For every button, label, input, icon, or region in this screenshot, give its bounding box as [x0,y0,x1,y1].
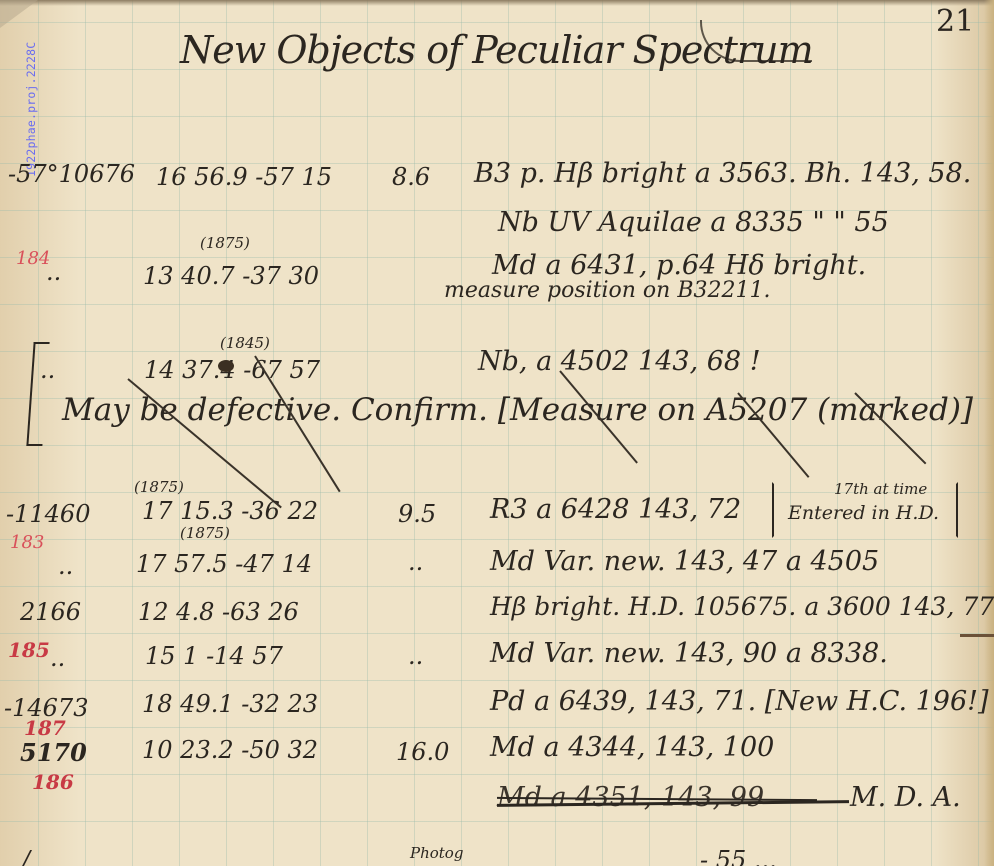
entry-remarks: B3 p. Hβ bright a 3563. Bh. 143, 58. [474,158,971,189]
entry-designation: .. [46,258,61,286]
entry-position: 18 49.1 -32 23 [142,690,318,718]
footer-fragment: - 55 ... [700,846,777,866]
entry-remarks: Hβ bright. H.D. 105675. a 3600 143, 77 [490,592,994,621]
ink-blot [218,360,234,372]
entry-designation: 2166 [20,598,81,626]
entry-remarks: M. D. A. [850,782,961,813]
footer-fragment: / [22,846,30,866]
margin-red-number: 187 [24,716,66,740]
edge-mark [960,634,994,637]
logbook-page: 1922phae.proj.2228C 21 New Objects of Pe… [0,0,994,866]
entry-remarks-line2: May be defective. Confirm. [Measure on A… [62,392,973,428]
entry-epoch: (1875) [134,478,184,496]
entry-designation: .. [58,552,73,580]
page-edge [984,0,994,866]
entry-magnitude: 8.6 [392,163,430,191]
margin-red-number: 183 [10,532,44,553]
entry-epoch: (1875) [180,524,230,542]
entry-remarks-line2: measure position on B32211. [444,278,770,303]
entry-position: 13 40.7 -37 30 [143,262,319,290]
margin-red-number: 186 [32,770,74,794]
boxed-note: 17th at time Entered in H.D. [772,482,958,538]
entry-magnitude: .. [408,642,423,670]
entry-designation: 5170 [20,738,87,767]
entry-designation: .. [50,644,65,672]
archive-stamp: 1922phae.proj.2228C [24,42,38,177]
boxed-note-line: 17th at time [834,480,927,498]
entry-remarks: Md a 4344, 143, 100 [490,732,774,763]
entry-designation: .. [40,356,55,384]
entry-remarks: Pd a 6439, 143, 71. [New H.C. 196!] [490,686,989,717]
entry-magnitude: .. [408,548,423,576]
boxed-note-line: Entered in H.D. [788,502,939,524]
entry-epoch: (1875) [200,234,250,252]
entry-remarks: Md Var. new. 143, 90 a 8338. [490,638,888,669]
entry-position: 16 56.9 -57 15 [156,163,332,191]
entry-remarks: Md a 6431, p.64 Hδ bright. [492,250,866,281]
entry-position: 17 57.5 -47 14 [136,550,312,578]
entry-remarks: R3 a 6428 143, 72 [490,494,741,525]
footer-fragment: Photog [410,844,463,862]
entry-epoch: (1845) [220,334,270,352]
page-number: 21 [936,4,974,39]
entry-designation: -11460 [6,500,90,528]
entry-remarks: Nb, a 4502 143, 68 ! [478,346,761,377]
entry-position: 14 37.4 -67 57 [144,356,320,384]
corner-fold [0,0,38,28]
entry-remarks-line2: Nb UV Aquilae a 8335 " " 55 [498,207,889,238]
entry-position: 17 15.3 -36 22 [142,497,318,525]
entry-position: 15 1 -14 57 [145,642,283,670]
entry-designation: -57°10676 [8,160,135,188]
page-title: New Objects of Peculiar Spectrum [180,28,813,72]
entry-position: 10 23.2 -50 32 [142,736,318,764]
entry-position: 12 4.8 -63 26 [138,598,299,626]
margin-red-number: 185 [8,638,50,662]
page-top-shadow [0,0,994,6]
entry-magnitude: 9.5 [398,500,436,528]
entry-magnitude: 16.0 [396,738,449,766]
entry-remarks: Md Var. new. 143, 47 a 4505 [490,546,879,577]
